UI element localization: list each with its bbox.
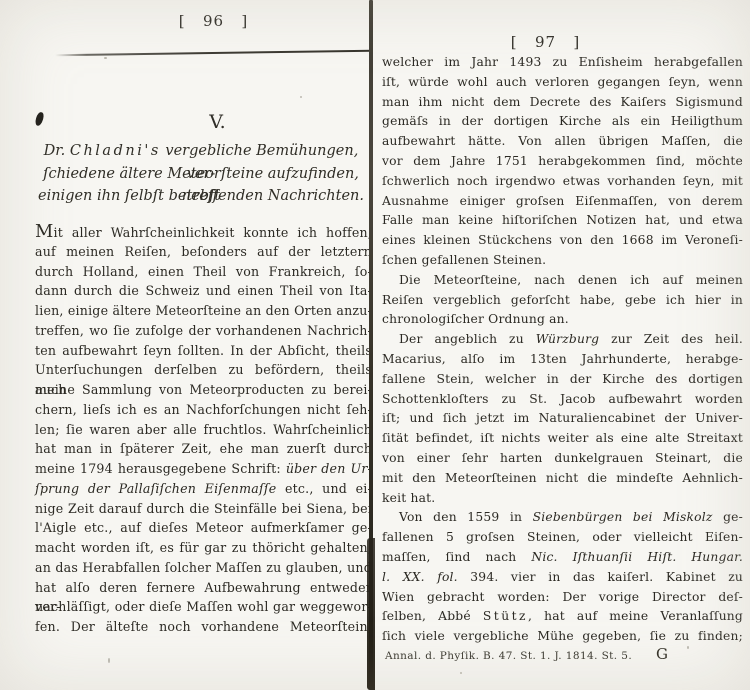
text-line: Falle man keine hiſtoriſchen Notizen hat… (382, 211, 743, 231)
text-line: fen. Der älteſte noch vorhandene Meteorſ… (35, 617, 372, 637)
header-rule (55, 50, 372, 56)
text-line: hat alſo deren fernere Aufbewahrung entw… (35, 578, 372, 598)
text-line: von einer ſehr harten dunkelgrauen Stein… (382, 449, 743, 469)
text-line: meine Sammlung von Meteorproducten zu be… (35, 380, 372, 400)
text-segment: Die Meteorſteine, nach denen ich auf mei… (399, 273, 743, 287)
text-segment: l'Aigle etc., auf dieſes Meteor aufmerkſ… (35, 520, 372, 535)
title-line: Dr. Chladni's vergebliche Bemühungen, ve… (28, 140, 374, 163)
text-segment: Dr. (44, 143, 70, 159)
paper-speck (300, 96, 302, 98)
text-segment: macht worden iſt, es für gar zu thöricht… (35, 540, 372, 555)
text-segment: ſelben, Abbé (382, 609, 483, 623)
text-line: nachläſſigt, oder dieſe Maſſen wohl gar … (35, 597, 372, 617)
text-line: l. XX. fol. 394. vier in das kaiſerl. Ka… (382, 568, 743, 588)
text-segment: Von den 1559 in (399, 510, 533, 524)
text-segment: M (35, 221, 54, 242)
italic-text: Siebenbürgen bei Miskolz (533, 510, 713, 524)
text-line: man ihm nicht dem Decrete des Kaiſers Si… (382, 93, 743, 113)
text-segment: eines kleinen Stückchens von den 1668 im… (382, 233, 743, 247)
italic-text: Nic. Iſthuanſii Hiſt. Hungar. (531, 550, 743, 564)
text-line: fallene Stein, welcher in der Kirche des… (382, 370, 743, 390)
text-segment: zur Zeit des heil. (599, 332, 743, 346)
text-segment: dann durch die Schweiz und einen Theil v… (35, 283, 372, 298)
signature-mark: G (656, 645, 668, 663)
text-segment: nige Zeit darauf durch die Steinfälle be… (35, 501, 372, 516)
text-line: Unterſuchungen derſelben zu befördern, t… (35, 360, 372, 380)
text-line: gemäſs in der dortigen Kirche als ein He… (382, 112, 743, 132)
paper-speck (460, 672, 462, 674)
text-segment: ſchen gefallenen Steinen. (382, 253, 546, 267)
text-line: Mit aller Wahrſcheinlichkeit konnte ich … (35, 222, 372, 242)
text-line: meine 1794 herausgegebene Schrift: über … (35, 459, 372, 479)
article-title: Dr. Chladni's vergebliche Bemühungen, ve… (28, 140, 374, 208)
journal-imprint: Annal. d. Phyſik. B. 47. St. 1. J. 1814.… (385, 650, 632, 662)
text-segment: , hat auf meine Veranlaſſung (528, 609, 743, 623)
text-segment: ſich viele vergebliche Mühe gegeben, ſie… (382, 629, 743, 643)
text-segment: auf meinen Reiſen, beſonders auf der let… (35, 244, 372, 259)
text-segment: Ausnahme einiger groſsen Eiſenmaſſen, vo… (382, 194, 743, 208)
text-line: keit hat. (382, 489, 743, 509)
text-line: durch Holland, einen Theil von Frankreic… (35, 262, 372, 282)
text-line: ſchen gefallenen Steinen. (382, 251, 743, 271)
text-line: mit den Meteorſteinen nicht die mindeſte… (382, 469, 743, 489)
text-segment: meine Sammlung von Meteorproducten zu be… (35, 382, 372, 397)
text-line: lien, einige ältere Meteorſteine an den … (35, 301, 372, 321)
text-line: ſich viele vergebliche Mühe gegeben, ſie… (382, 627, 743, 647)
text-segment: Macarius, alſo im 13ten Jahrhunderte, he… (382, 352, 743, 366)
page-number: [ 96 ] (0, 12, 375, 30)
text-segment: welcher im Jahr 1493 zu Enſisheim herabg… (382, 55, 743, 69)
text-segment: Schottenkloſters zu St. Jacob aufbewahrt… (382, 392, 743, 406)
text-line: Der angeblich zu Würzburg zur Zeit des h… (382, 330, 743, 350)
text-line: maſſen, ſind nach Nic. Iſthuanſii Hiſt. … (382, 548, 743, 568)
text-segment: aufbewahrt hätte. Von allen übrigen Maſſ… (382, 134, 743, 148)
text-segment: an das Herabfallen ſolcher Maſſen zu gla… (35, 560, 372, 575)
text-line: aufbewahrt hätte. Von allen übrigen Maſſ… (382, 132, 743, 152)
text-segment: hat man in ſpäterer Zeit, ehe man zuerſt… (35, 441, 372, 456)
text-line: an das Herabfallen ſolcher Maſſen zu gla… (35, 558, 372, 578)
section-number: V. (35, 111, 372, 133)
text-line: Ausnahme einiger groſsen Eiſenmaſſen, vo… (382, 192, 743, 212)
text-line: auf meinen Reiſen, beſonders auf der let… (35, 242, 372, 262)
text-segment: it aller Wahrſcheinlichkeit konnte ich h… (54, 225, 372, 240)
text-line: Von den 1559 in Siebenbürgen bei Miskolz… (382, 508, 743, 528)
text-segment: gemäſs in der dortigen Kirche als ein He… (382, 114, 743, 128)
text-line: dann durch die Schweiz und einen Theil v… (35, 281, 372, 301)
text-segment: lien, einige ältere Meteorſteine an den … (35, 303, 372, 318)
text-segment: len; ſie waren aber alle fruchtlos. Wahr… (35, 422, 372, 437)
text-segment: iſt, würde wohl auch verloren gegangen ſ… (382, 75, 743, 89)
text-segment: ten aufbewahrt ſeyn ſollten. In der Abſi… (35, 343, 372, 358)
paper-speck (104, 57, 107, 59)
body-text-left: Mit aller Wahrſcheinlichkeit konnte ich … (35, 222, 372, 637)
body-text-right: welcher im Jahr 1493 zu Enſisheim herabg… (382, 53, 743, 647)
text-line: macht worden iſt, es für gar zu thöricht… (35, 538, 372, 558)
binding-gutter-rough-edge (367, 538, 375, 690)
text-line: nige Zeit darauf durch die Steinfälle be… (35, 499, 372, 519)
text-segment: ſchwerlich noch irgendwo etwas vorhanden… (382, 174, 743, 188)
text-line: iſt; und ſich jetzt im Naturaliencabinet… (382, 409, 743, 429)
text-segment: maſſen, ſind nach (382, 550, 531, 564)
text-segment: iſt; und ſich jetzt im Naturaliencabinet… (382, 411, 743, 425)
text-segment: man ihm nicht dem Decrete des Kaiſers Si… (382, 95, 743, 109)
text-line: ten aufbewahrt ſeyn ſollten. In der Abſi… (35, 341, 372, 361)
text-segment: fallene Stein, welcher in der Kirche des… (382, 372, 743, 386)
text-line: Wien gebracht worden: Der vorige Directo… (382, 588, 743, 608)
text-segment: mit den Meteorſteinen nicht die mindeſte… (382, 471, 743, 485)
text-segment: meine 1794 herausgegebene Schrift: (35, 461, 286, 476)
page-97: [ 97 ] welcher im Jahr 1493 zu Enſisheim… (375, 0, 750, 690)
title-line: einigen ihn ſelbſt betreffenden Nachrich… (28, 185, 374, 208)
text-line: Die Meteorſteine, nach denen ich auf mei… (382, 271, 743, 291)
text-segment: chronologiſcher Ordnung an. (382, 312, 569, 326)
scanned-journal-spread: { "colors": { "paper": "#f7f6f2", "ink":… (0, 0, 750, 690)
text-segment: Chladni's (70, 143, 161, 159)
text-line: ſität befindet, iſt nichts weiter als ei… (382, 429, 743, 449)
text-segment: fen. Der älteſte noch vorhandene Meteorſ… (35, 619, 372, 634)
text-line: chronologiſcher Ordnung an. (382, 310, 743, 330)
paper-speck (687, 646, 689, 649)
text-segment: vor dem Jahre 1751 herabgekommen ſind, m… (382, 154, 743, 168)
text-segment: ſität befindet, iſt nichts weiter als ei… (382, 431, 743, 445)
text-segment: Stütz (483, 609, 528, 623)
text-segment: 394. vier in das kaiſerl. Kabinet zu (458, 570, 743, 584)
text-segment: Wien gebracht worden: Der vorige Directo… (382, 590, 743, 604)
text-segment: einigen ihn ſelbſt betreffenden Nachrich… (38, 188, 364, 204)
text-segment: etc., und ei- (276, 481, 372, 496)
text-line: fallenen 5 groſsen Steinen, oder viellei… (382, 528, 743, 548)
text-line: hat man in ſpäterer Zeit, ehe man zuerſt… (35, 439, 372, 459)
text-line: ſchwerlich noch irgendwo etwas vorhanden… (382, 172, 743, 192)
text-line: l'Aigle etc., auf dieſes Meteor aufmerkſ… (35, 518, 372, 538)
text-segment: keit hat. (382, 491, 435, 505)
paper-speck (712, 62, 714, 64)
text-segment: Reiſen vergeblich geforſcht habe, gebe i… (382, 293, 743, 307)
italic-text: l. XX. fol. (382, 570, 458, 584)
text-segment: Falle man keine hiſtoriſchen Notizen hat… (382, 213, 743, 227)
page-number: [ 97 ] (375, 33, 750, 51)
page-96: [ 96 ] V. Dr. Chladni's vergebliche Bemü… (0, 0, 375, 690)
title-line: ſchiedene ältere Meteorſteine aufzufinde… (28, 163, 374, 186)
text-segment: durch Holland, einen Theil von Frankreic… (35, 264, 372, 279)
text-segment: treffen, wo ſie zufolge der vorhandenen … (35, 323, 372, 338)
text-line: vor dem Jahre 1751 herabgekommen ſind, m… (382, 152, 743, 172)
text-line: len; ſie waren aber alle fruchtlos. Wahr… (35, 420, 372, 440)
text-line: ſelben, Abbé Stütz, hat auf meine Veranl… (382, 607, 743, 627)
text-segment: nachläſſigt, oder dieſe Maſſen wohl gar … (35, 599, 372, 614)
text-line: Schottenkloſters zu St. Jacob aufbewahrt… (382, 390, 743, 410)
text-line: ſprung der Pallaſiſchen Eiſenmaſſe etc.,… (35, 479, 372, 499)
text-line: treffen, wo ſie zufolge der vorhandenen … (35, 321, 372, 341)
text-line: Reiſen vergeblich geforſcht habe, gebe i… (382, 291, 743, 311)
text-segment: chern, lieſs ich es an Nachforſchungen n… (35, 402, 372, 417)
italic-text: über den Ur- (286, 461, 372, 476)
italic-text: Würzburg (536, 332, 600, 346)
text-line: chern, lieſs ich es an Nachforſchungen n… (35, 400, 372, 420)
text-line: eines kleinen Stückchens von den 1668 im… (382, 231, 743, 251)
text-line: welcher im Jahr 1493 zu Enſisheim herabg… (382, 53, 743, 73)
italic-text: ſprung der Pallaſiſchen Eiſenmaſſe (35, 481, 276, 496)
text-segment: ge- (713, 510, 743, 524)
text-line: iſt, würde wohl auch verloren gegangen ſ… (382, 73, 743, 93)
paper-speck (108, 658, 110, 663)
text-segment: fallenen 5 groſsen Steinen, oder viellei… (382, 530, 743, 544)
text-line: Macarius, alſo im 13ten Jahrhunderte, he… (382, 350, 743, 370)
text-segment: von einer ſehr harten dunkelgrauen Stein… (382, 451, 743, 465)
text-segment: Der angeblich zu (399, 332, 536, 346)
